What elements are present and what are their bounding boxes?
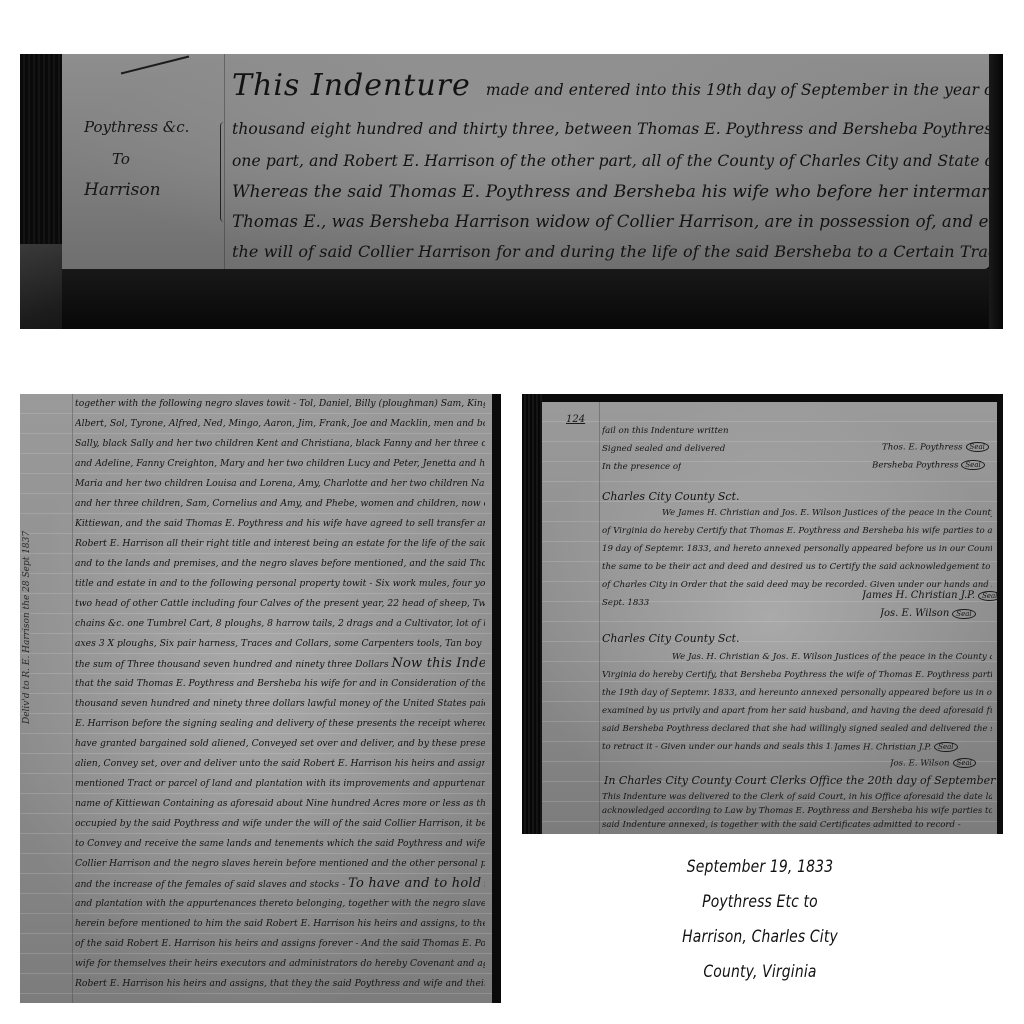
deed-line: wife for themselves their heirs executor… [75,958,485,969]
cert1-line: the same to be their act and deed and de… [602,562,992,572]
cert2-heading: Charles City County Sct. [602,632,740,645]
caption-parties: Poythress Etc to [662,885,859,920]
margin-bracket [220,122,229,222]
cert2-line: Virginia do hereby Certify, that Bersheb… [602,670,992,680]
deed-line: herein before mentioned to him the said … [75,918,485,929]
cert1-line: We James H. Christian and Jos. E. Wilson… [662,508,992,518]
deed-line: thousand seven hundred and ninety three … [75,698,485,709]
page-edge [989,54,1003,329]
page-shadow [62,269,992,329]
seal-mark: Seal [934,742,957,752]
cert1-line: 19 day of Septemr. 1833, and hereto anne… [602,544,992,554]
deed-line: Sally, black Sally and her two children … [75,438,485,449]
cert2-line: said Bersheba Poythress declared that sh… [602,724,992,734]
indenture-line-3: one part, and Robert E. Harrison of the … [232,152,990,170]
margin-note-parties: Poythress &c. [84,120,189,135]
deed-line: two head of other Cattle including four … [75,598,485,609]
deed-line: and her three children, Sam, Cornelius a… [75,498,485,509]
seal-mark: Seal [953,758,976,768]
margin-rule [599,402,600,834]
clerk-line: said Indenture annexed, is together with… [602,820,992,830]
cert1-line: Sept. 1833 [602,598,649,608]
deed-line: mentioned Tract or parcel of land and pl… [75,778,485,789]
deed-line: of the said Robert E. Harrison his heirs… [75,938,485,949]
top-document-image: Poythress &c. To Harrison This Indenture… [20,54,1003,329]
caption-date: September 19, 1833 [662,850,859,885]
now-this-indenture-heading: Now this Indenture Witnesseth [391,656,485,671]
deed-line: together with the following negro slaves… [75,398,485,409]
caption-location: Harrison, Charles City [662,920,859,955]
deed-line: and plantation with the appurtenances th… [75,898,485,909]
deed-line: Kittiewan, and the said Thomas E. Poythr… [75,518,485,529]
indenture-page-top: Poythress &c. To Harrison This Indenture… [62,54,990,269]
margin-note-harrison: Harrison [84,182,161,199]
deed-line: and Adeline, Fanny Creighton, Mary and h… [75,458,485,469]
deed-line: have granted bargained sold aliened, Con… [75,738,485,749]
image-caption: September 19, 1833 Poythress Etc to Harr… [640,850,880,990]
signature-christian: James H. Christian J.P.Seal [862,590,998,601]
deed-line: the sum of Three thousand seven hundred … [75,656,485,671]
deed-line: axes 3 X ploughs, Six pair harness, Trac… [75,638,485,649]
margin-note-to: To [112,152,130,167]
indenture-page-continued: Deliv'd to R. E. Harrison the 28 Sept 18… [20,394,492,1003]
to-have-and-to-hold-heading: To have and to hold [348,876,481,891]
deed-line: Robert E. Harrison his heirs and assigns… [75,978,485,989]
deed-line: Albert, Sol, Tyrone, Alfred, Ned, Mingo,… [75,418,485,429]
clerk-line: acknowledged according to Law by Thomas … [602,806,992,816]
signature-bersheba: Bersheba PoythressSeal [872,460,985,471]
seal-mark: Seal [952,609,975,619]
clerk-heading: In Charles City County Court Clerks Offi… [604,774,998,787]
witness-line: In the presence of [602,462,681,472]
deed-line: Robert E. Harrison all their right title… [75,538,485,549]
indenture-line-4: Whereas the said Thomas E. Poythress and… [232,182,990,202]
witness-line: Signed sealed and delivered [602,444,725,454]
deed-line: E. Harrison before the signing sealing a… [75,718,485,729]
cert2-line: to retract it - Given under our hands an… [602,742,832,752]
right-document-image: 124 fail on this Indenture written Signe… [522,394,1003,834]
deed-line: that the said Thomas E. Poythress and Be… [75,678,485,689]
deed-line: and to the lands and premises, and the n… [75,558,485,569]
deed-line: Maria and her two children Louisa and Lo… [75,478,485,489]
caption-state: County, Virginia [662,955,859,990]
indenture-line-6: the will of said Collier Harrison for an… [232,242,990,261]
signature-wilson: Jos. E. WilsonSeal [890,758,976,769]
page-edge [997,394,1003,834]
deed-line: name of Kittiewan Containing as aforesai… [75,798,485,809]
margin-delivery-note: Deliv'd to R. E. Harrison the 28 Sept 18… [22,514,32,724]
cert1-line: of Virginia do hereby Certify that Thoma… [602,526,992,536]
deed-line: chains &c. one Tumbrel Cart, 8 ploughs, … [75,618,485,629]
indenture-line-5: Thomas E., was Bersheba Harrison widow o… [232,212,990,231]
cert2-line: We Jas. H. Christian & Jos. E. Wilson Ju… [672,652,992,662]
seal-mark: Seal [978,591,998,601]
pen-flourish [121,56,189,75]
page-number: 124 [566,414,585,425]
margin-rule [72,394,73,1003]
deed-line: title and estate in and to the following… [75,578,485,589]
deed-line: to Convey and receive the same lands and… [75,838,485,849]
left-document-image: Deliv'd to R. E. Harrison the 28 Sept 18… [20,394,501,1003]
cert2-line: the 19th day of Septemr. 1833, and hereu… [602,688,992,698]
signature-thomas: Thos. E. PoythressSeal [882,442,989,453]
cert1-heading: Charles City County Sct. [602,490,740,503]
page-edge [492,394,501,1003]
cert1-line: of Charles City in Order that the said d… [602,580,992,590]
closing-line: fail on this Indenture written [602,426,729,436]
deed-line: and the increase of the females of said … [75,876,485,891]
indenture-line-2: thousand eight hundred and thirty three,… [232,120,990,138]
seal-mark: Seal [966,442,989,452]
signature-christian: James H. Christian J.P.Seal [834,742,958,753]
acknowledgement-page: 124 fail on this Indenture written Signe… [542,402,998,834]
deed-line: alien, Convey set, over and deliver unto… [75,758,485,769]
book-binding [522,394,542,834]
signature-wilson: Jos. E. WilsonSeal [880,608,976,619]
deed-line: occupied by the said Poythress and wife … [75,818,485,829]
indenture-line-1: This Indenture made and entered into thi… [232,68,990,103]
clerk-line: This Indenture was delivered to the Cler… [602,792,992,802]
deed-line: Collier Harrison and the negro slaves he… [75,858,485,869]
seal-mark: Seal [961,460,984,470]
indenture-title: This Indenture [232,68,471,103]
cert2-line: examined by us privily and apart from he… [602,706,992,716]
